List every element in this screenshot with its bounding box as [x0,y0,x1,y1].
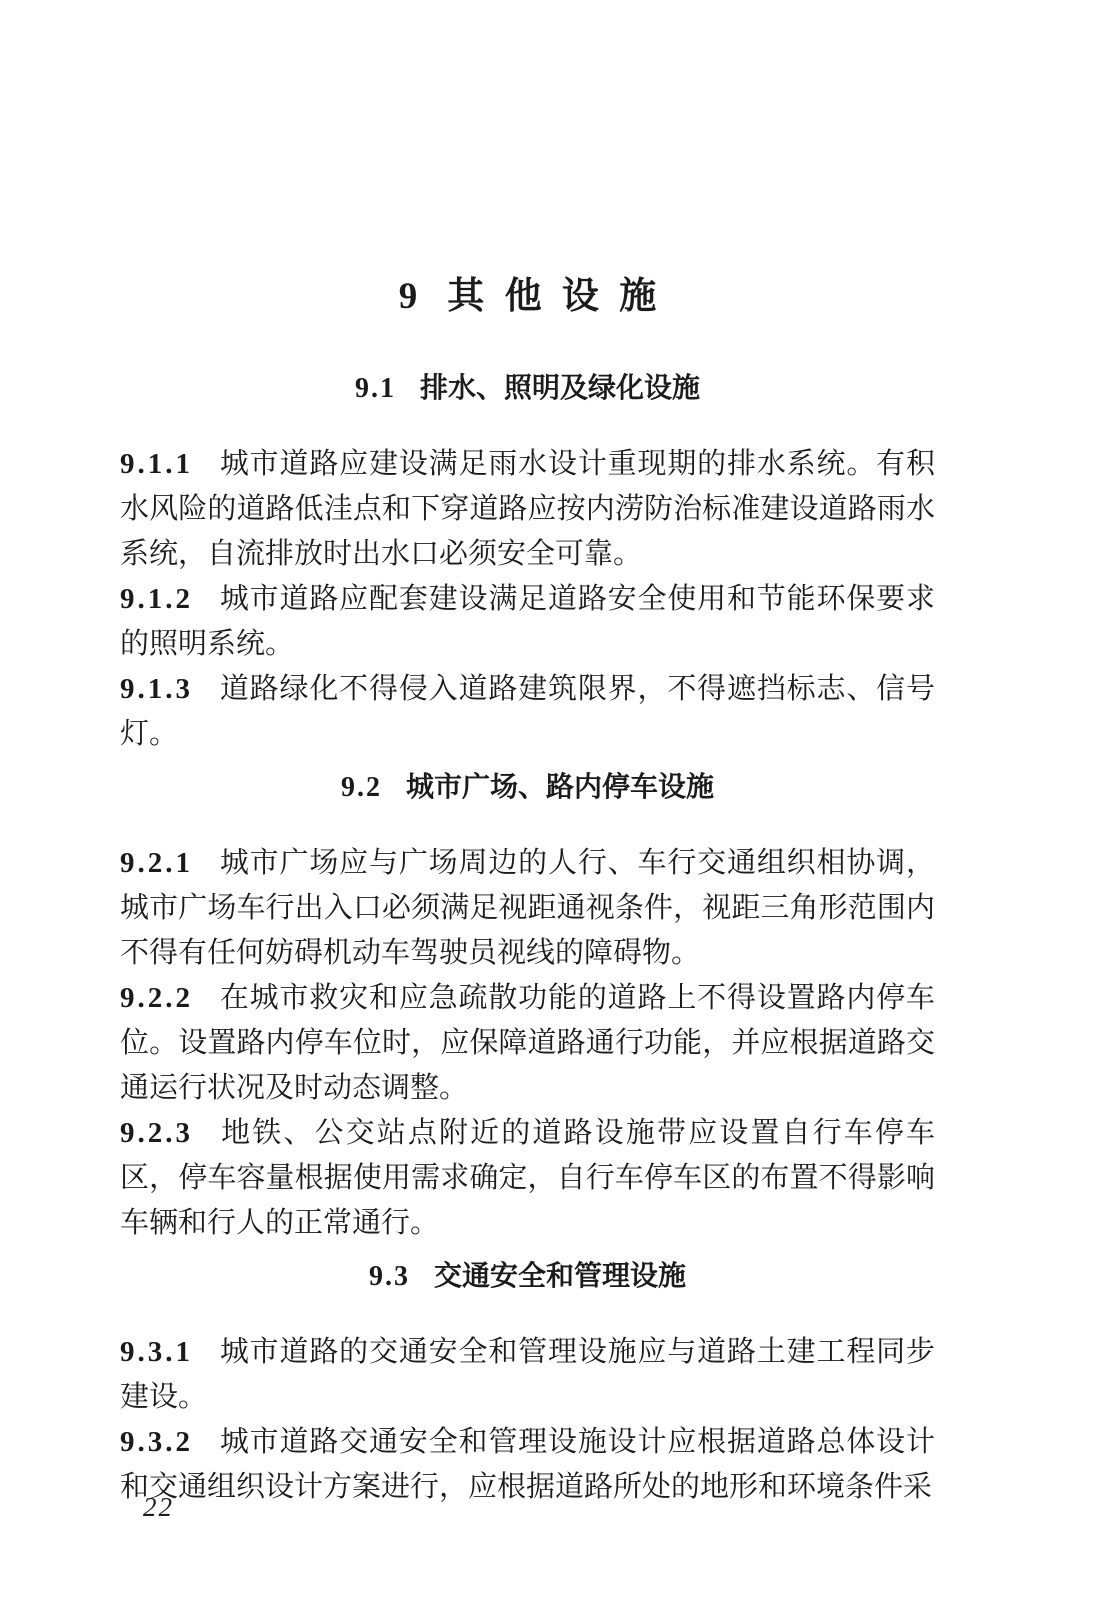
clause-number: 9.2.3 [120,1117,193,1149]
clause-9-2-1: 9.2.1城市广场应与广场周边的人行、车行交通组织相协调，城市广场车行出入口必须… [120,841,935,976]
clause-number: 9.2.1 [120,847,193,879]
clause-text: 城市道路的交通安全和管理设施应与道路土建工程同步建设。 [120,1336,935,1413]
section-heading-9-3: 9.3交通安全和管理设施 [120,1261,935,1292]
clause-number: 9.2.2 [120,982,193,1014]
chapter-number: 9 [399,276,418,317]
clause-9-2-2: 9.2.2在城市救灾和应急疏散功能的道路上不得设置路内停车位。设置路内停车位时，… [120,976,935,1111]
page-number: 22 [143,1492,174,1523]
clause-9-1-1: 9.1.1城市道路应建设满足雨水设计重现期的排水系统。有积水风险的道路低洼点和下… [120,442,935,577]
clause-number: 9.1.3 [120,673,193,705]
clause-9-3-1: 9.3.1城市道路的交通安全和管理设施应与道路土建工程同步建设。 [120,1330,935,1420]
chapter-title: 其他设施 [447,276,676,317]
section-number: 9.1 [355,373,396,404]
clause-9-2-3: 9.2.3地铁、公交站点附近的道路设施带应设置自行车停车区，停车容量根据使用需求… [120,1111,935,1246]
clause-text: 城市广场应与广场周边的人行、车行交通组织相协调，城市广场车行出入口必须满足视距通… [120,847,935,969]
clause-number: 9.1.1 [120,448,193,480]
clause-number: 9.3.1 [120,1336,193,1368]
section-title: 交通安全和管理设施 [434,1260,686,1291]
clause-9-1-2: 9.1.2城市道路应配套建设满足道路安全使用和节能环保要求的照明系统。 [120,577,935,667]
clause-text: 城市道路应建设满足雨水设计重现期的排水系统。有积水风险的道路低洼点和下穿道路应按… [120,448,935,570]
clause-text: 道路绿化不得侵入道路建筑限界，不得遮挡标志、信号灯。 [120,673,935,750]
document-page: 9其他设施 9.1排水、照明及绿化设施 9.1.1城市道路应建设满足雨水设计重现… [0,0,1103,1598]
section-heading-9-1: 9.1排水、照明及绿化设施 [120,373,935,404]
clause-9-1-3: 9.1.3道路绿化不得侵入道路建筑限界，不得遮挡标志、信号灯。 [120,667,935,757]
section-title: 城市广场、路内停车设施 [406,771,714,802]
clause-9-3-2: 9.3.2城市道路交通安全和管理设施设计应根据道路总体设计和交通组织设计方案进行… [120,1420,935,1510]
clause-text: 在城市救灾和应急疏散功能的道路上不得设置路内停车位。设置路内停车位时，应保障道路… [120,982,935,1104]
section-title: 排水、照明及绿化设施 [420,372,700,403]
section-heading-9-2: 9.2城市广场、路内停车设施 [120,772,935,803]
clause-number: 9.3.2 [120,1426,193,1458]
clause-text: 地铁、公交站点附近的道路设施带应设置自行车停车区，停车容量根据使用需求确定，自行… [120,1117,935,1239]
clause-number: 9.1.2 [120,583,193,615]
clause-text: 城市道路交通安全和管理设施设计应根据道路总体设计和交通组织设计方案进行，应根据道… [120,1426,935,1503]
section-number: 9.2 [341,772,382,803]
section-number: 9.3 [369,1261,410,1292]
chapter-heading: 9其他设施 [120,278,935,316]
clause-text: 城市道路应配套建设满足道路安全使用和节能环保要求的照明系统。 [120,583,935,660]
